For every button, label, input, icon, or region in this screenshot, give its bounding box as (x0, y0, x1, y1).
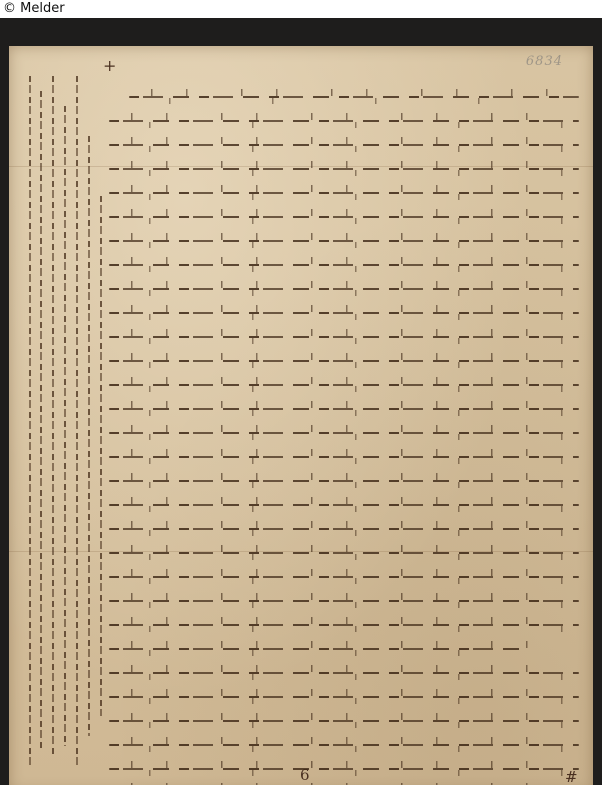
manuscript-page: 6834 + # 6 (9, 46, 593, 785)
copyright-credit: © Melder (3, 1, 65, 17)
top-bar: © Melder (0, 0, 602, 18)
letter-body-handwriting (109, 86, 579, 785)
margin-notes-vertical (23, 76, 113, 776)
scan-frame: 6834 + # 6 (0, 18, 602, 785)
corner-cross-mark: + (103, 56, 116, 75)
archive-number: 6834 (526, 54, 563, 69)
